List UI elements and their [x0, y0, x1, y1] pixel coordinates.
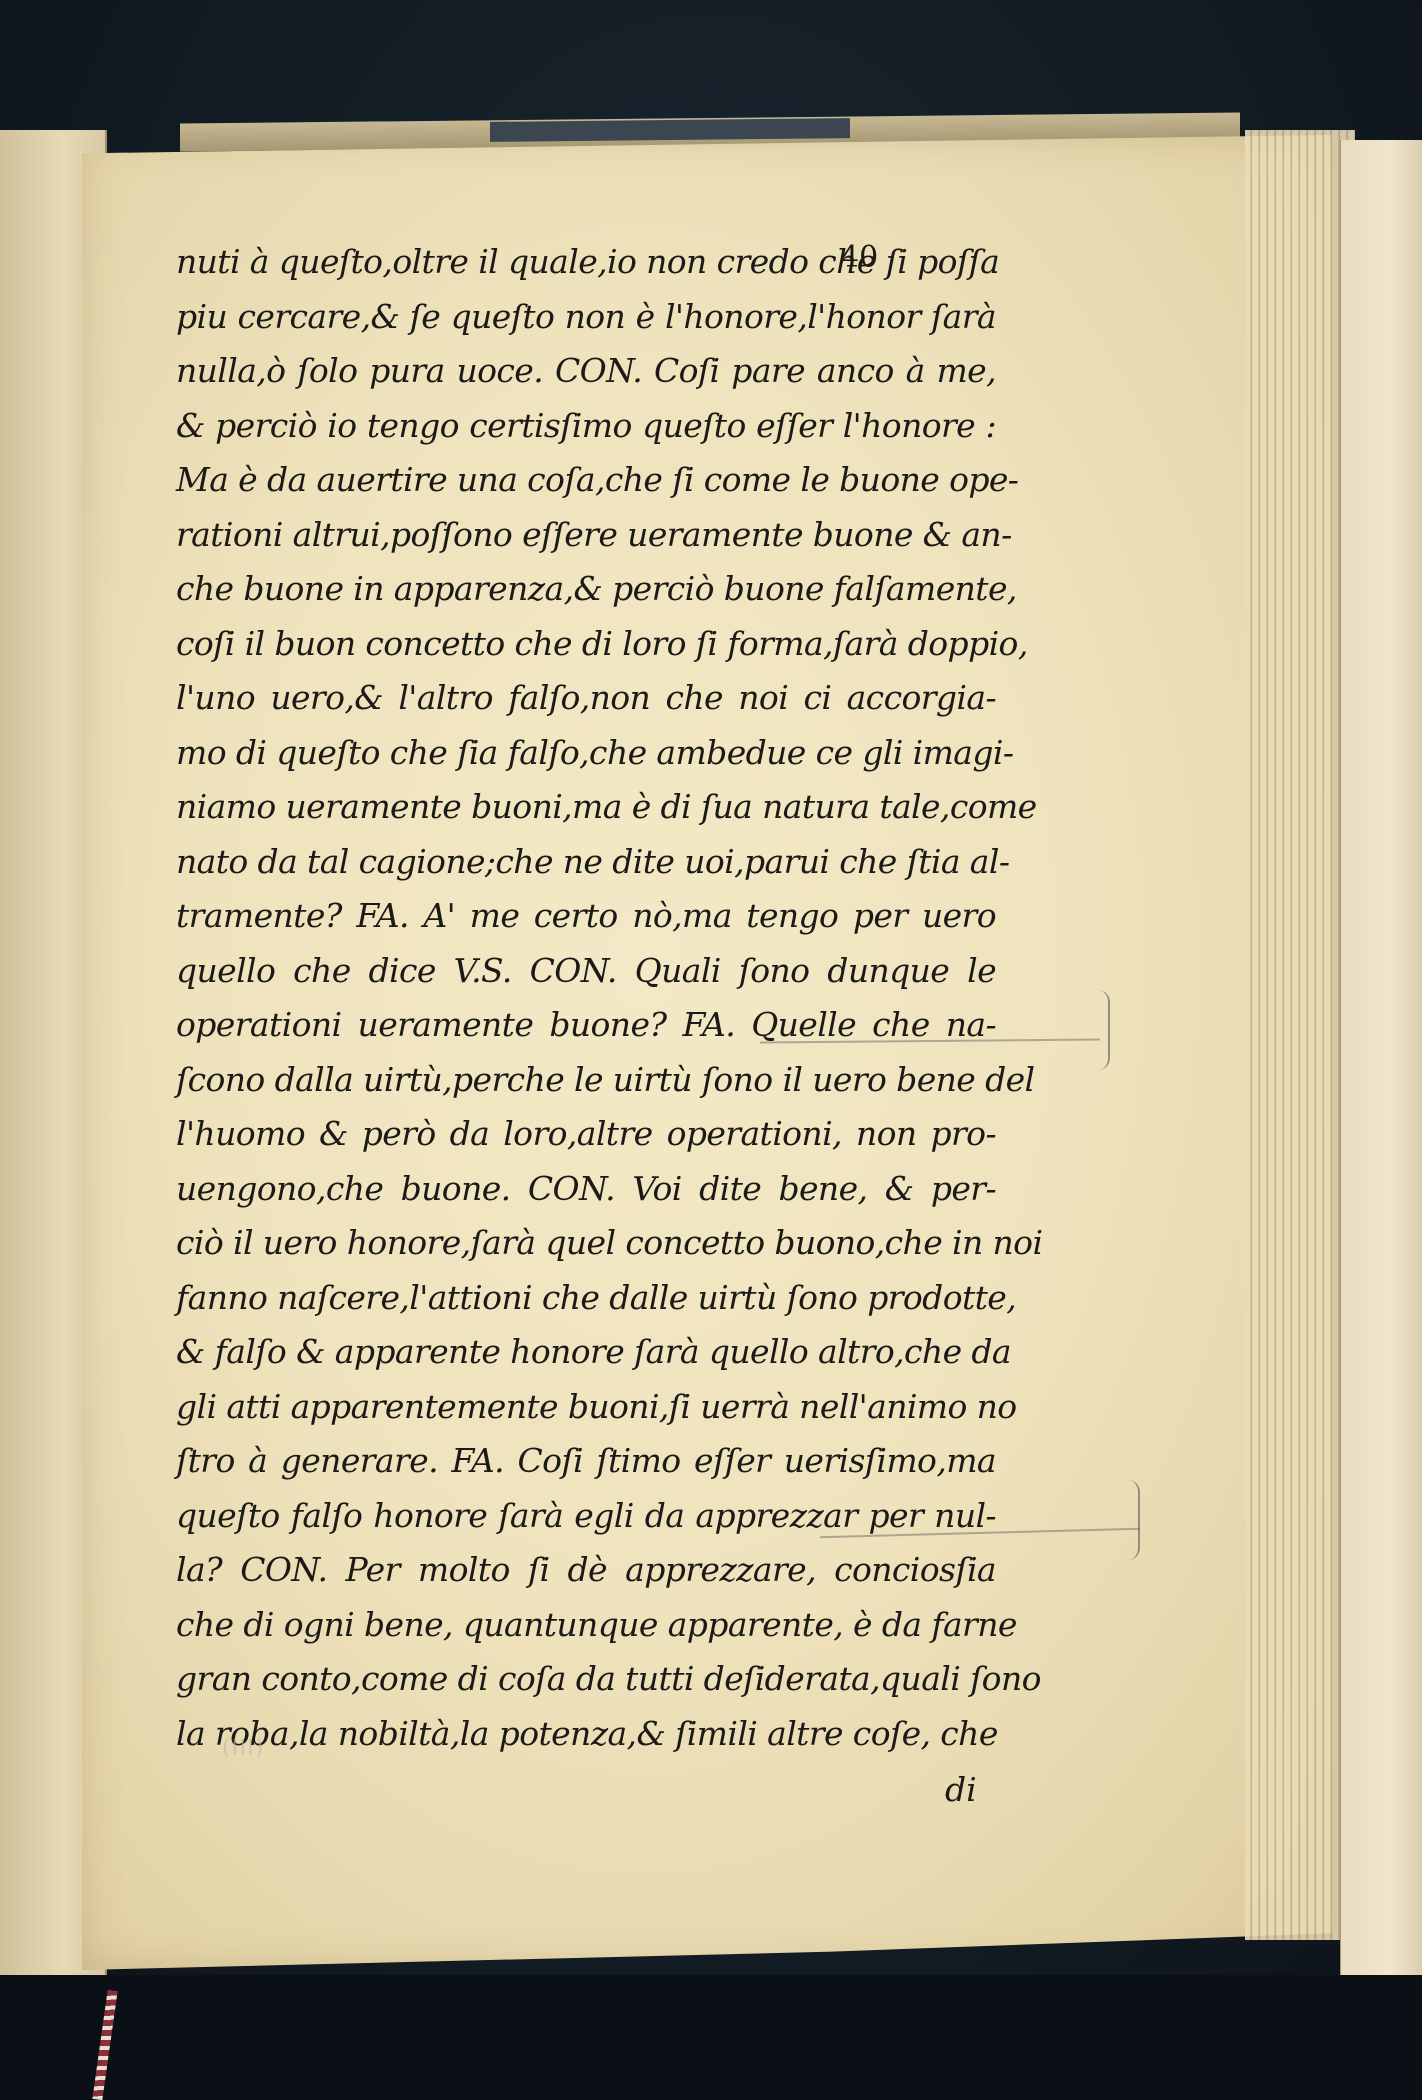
text-line: niamo ueramente buoni,ma è di ſua natura… — [176, 780, 996, 835]
library-stamp: (III) — [222, 1735, 265, 1759]
text-line: tramente? FA. A' me certo nò,ma tengo pe… — [176, 889, 996, 944]
text-line: nato da tal cagione;che ne dite uoi,paru… — [176, 835, 996, 890]
catchword: di — [945, 1770, 977, 1809]
text-line: nuti à queſto,oltre il quale,io non cred… — [176, 235, 996, 290]
text-line: l'huomo & però da loro,altre operationi,… — [176, 1107, 996, 1162]
text-line: Ma è da auertire una coſa,che ſi come le… — [176, 453, 996, 508]
text-line: uengono,che buone. CON. Voi dite bene, &… — [176, 1162, 996, 1217]
text-line: rationi altrui,poſſono eſſere ueramente … — [176, 508, 996, 563]
page-text: nuti à queſto,oltre il quale,io non cred… — [176, 235, 996, 1761]
text-line: la? CON. Per molto ſi dè apprezzare, con… — [176, 1543, 996, 1598]
text-line: che buone in apparenza,& perciò buone fa… — [176, 562, 996, 617]
binding-repair — [490, 118, 850, 142]
text-line: ciò il uero honore,ſarà quel concetto bu… — [176, 1216, 996, 1271]
text-line: gran conto,come di coſa da tutti deſider… — [176, 1652, 996, 1707]
text-line: ſtro à generare. FA. Coſi ſtimo eſſer ue… — [176, 1434, 996, 1489]
text-line: & perciò io tengo certisſimo queſto eſſe… — [176, 399, 996, 454]
page-stack-edges — [1245, 130, 1355, 1940]
text-line: operationi ueramente buone? FA. Quelle c… — [176, 998, 996, 1053]
pencil-arrow-mark — [1098, 990, 1110, 1070]
bottom-background — [0, 1975, 1422, 2100]
text-line: che di ogni bene, quantunque apparente, … — [176, 1598, 996, 1653]
text-line: l'uno uero,& l'altro falſo,non che noi c… — [176, 671, 996, 726]
text-line: mo di queſto che ſia falſo,che ambedue c… — [176, 726, 996, 781]
text-line: ſcono dalla uirtù,perche le uirtù ſono i… — [176, 1053, 996, 1108]
text-line: nulla,ò ſolo pura uoce. CON. Coſi pare a… — [176, 344, 996, 399]
pencil-arrow-mark — [1128, 1480, 1140, 1560]
text-line: la roba,la nobiltà,la potenza,& ſimili a… — [176, 1707, 996, 1762]
right-cover-flap — [1340, 140, 1422, 1990]
text-line: piu cercare,& ſe queſto non è l'honore,l… — [176, 290, 996, 345]
text-line: gli atti apparentemente buoni,ſi uerrà n… — [176, 1380, 996, 1435]
text-line: quello che dice V.S. CON. Quali ſono dun… — [176, 944, 996, 999]
text-line: & falſo & apparente honore ſarà quello a… — [176, 1325, 996, 1380]
text-line: coſi il buon concetto che di loro ſi for… — [176, 617, 996, 672]
text-line: fanno naſcere,l'attioni che dalle uirtù … — [176, 1271, 996, 1326]
